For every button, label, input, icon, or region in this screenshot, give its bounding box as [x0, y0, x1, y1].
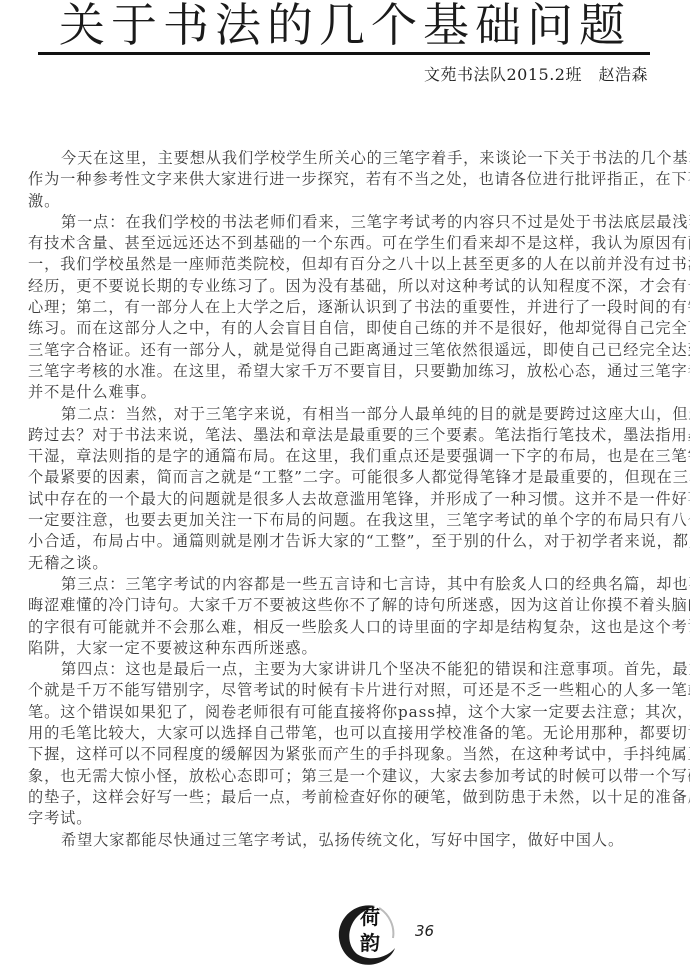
text-line: 干湿，章法则指的是字的通篇布局。在这里，我们重点还是要强调一下字的布局，也是在三…: [28, 446, 668, 467]
ink-brush-circle-logo-icon: 荷 韵: [335, 898, 399, 970]
text-line: 用的毛笔比较大，大家可以选择自己带笔，也可以直接用学校准备的笔。无论用那种，都要…: [28, 723, 668, 744]
text-line: 字考试。: [28, 808, 668, 829]
text-line: 陷阱，大家一定不要被这种东西所迷惑。: [28, 638, 668, 659]
text-line: 第二点：当然，对于三笔字来说，有相当一部分人最单纯的目的就是要跨过这座大山，但怎…: [28, 404, 668, 425]
text-line: 三笔字合格证。还有一部分人，就是觉得自己距离通过三笔依然很遥远，即使自己已经完全…: [28, 340, 668, 361]
page-number: 36: [415, 922, 434, 940]
author-byline: 文苑书法队2015.2班 赵浩森: [424, 64, 648, 86]
text-line: 象，也无需大惊小怪，放松心态即可；第三是一个建议，大家去参加考试的时候可以带一个…: [28, 766, 668, 787]
text-line: 练习。而在这部分人之中，有的人会盲目自信，即使自己练的并不是很好，他却觉得自己完…: [28, 318, 668, 339]
article-body: 今天在这里，主要想从我们学校学生所关心的三笔字着手，来谈论一下关于书法的几个基本…: [28, 148, 668, 851]
text-line: 三笔字考核的水准。在这里，希望大家千万不要盲目，只要勤加练习，放松心态，通过三笔…: [28, 361, 668, 382]
text-line: 第四点：这也是最后一点，主要为大家讲讲几个坚决不能犯的错误和注意事项。首先，最重…: [28, 659, 668, 680]
text-line: 激。: [28, 191, 668, 212]
text-line: 个最紧要的因素，简而言之就是“工整”二字。可能很多人都觉得笔锋才是最重要的，但现…: [28, 467, 668, 488]
text-line: 的垫子，这样会好写一些；最后一点，考前检查好你的硬笔，做到防患于未然，以十足的准…: [28, 787, 668, 808]
text-line: 跨过去？对于书法来说，笔法、墨法和章法是最重要的三个要素。笔法指行笔技术，墨法指…: [28, 425, 668, 446]
text-line: 晦涩难懂的冷门诗句。大家千万不要被这些你不了解的诗句所迷惑，因为这首让你摸不着头…: [28, 595, 668, 616]
page-title: 关于书法的几个基础问题: [0, 0, 690, 50]
text-line: 的字很有可能就并不会那么难，相反一些脍炙人口的诗里面的字却是结构复杂，这也是这个…: [28, 617, 668, 638]
text-line: 一，我们学校虽然是一座师范类院校，但却有百分之八十以上甚至更多的人在以前并没有过…: [28, 254, 668, 275]
text-line: 试中存在的一个最大的问题就是很多人去故意滥用笔锋，并形成了一种习惯。这并不是一件…: [28, 489, 668, 510]
text-line: 今天在这里，主要想从我们学校学生所关心的三笔字着手，来谈论一下关于书法的几个基本…: [28, 148, 668, 169]
text-line: 经历，更不要说长期的专业练习了。因为没有基础，所以对这种考试的认知程度不深，才会…: [28, 276, 668, 297]
logo-text: 荷 韵: [355, 904, 385, 956]
text-line: 个就是千万不能写错别字，尽管考试的时候有卡片进行对照，可还是不乏一些粗心的人多一…: [28, 680, 668, 701]
text-line: 心理；第二，有一部分人在上大学之后，逐渐认识到了书法的重要性，并进行了一段时间的…: [28, 297, 668, 318]
text-line: 第一点：在我们学校的书法老师们看来，三笔字考试考的内容只不过是处于书法底层最浅薄…: [28, 212, 668, 233]
text-line: 有技术含量、甚至远远还达不到基础的一个东西。可在学生们看来却不是这样，我认为原因…: [28, 233, 668, 254]
text-line: 小合适，布局占中。通篇则就是刚才告诉大家的“工整”，至于别的什么，对于初学者来说…: [28, 531, 668, 552]
title-divider: [38, 52, 650, 55]
text-line: 无稽之谈。: [28, 553, 668, 574]
text-line: 作为一种参考性文字来供大家进行进一步探究，若有不当之处，也请各位进行批评指正，在…: [28, 169, 668, 190]
logo-char-2: 韵: [355, 930, 385, 956]
text-line: 希望大家都能尽快通过三笔字考试，弘扬传统文化，写好中国字，做好中国人。: [28, 830, 668, 851]
text-line: 第三点：三笔字考试的内容都是一些五言诗和七言诗，其中有脍炙人口的经典名篇，却也不…: [28, 574, 668, 595]
text-line: 笔。这个错误如果犯了，阅卷老师很有可能直接将你pass掉，这个大家一定要去注意；…: [28, 702, 668, 723]
logo-char-1: 荷: [355, 904, 385, 930]
text-line: 下握，这样可以不同程度的缓解因为紧张而产生的手抖现象。当然，在这种考试中，手抖纯…: [28, 744, 668, 765]
text-line: 并不是什么难事。: [28, 382, 668, 403]
text-line: 一定要注意，也要去更加关注一下布局的问题。在我这里，三笔字考试的单个字的布局只有…: [28, 510, 668, 531]
